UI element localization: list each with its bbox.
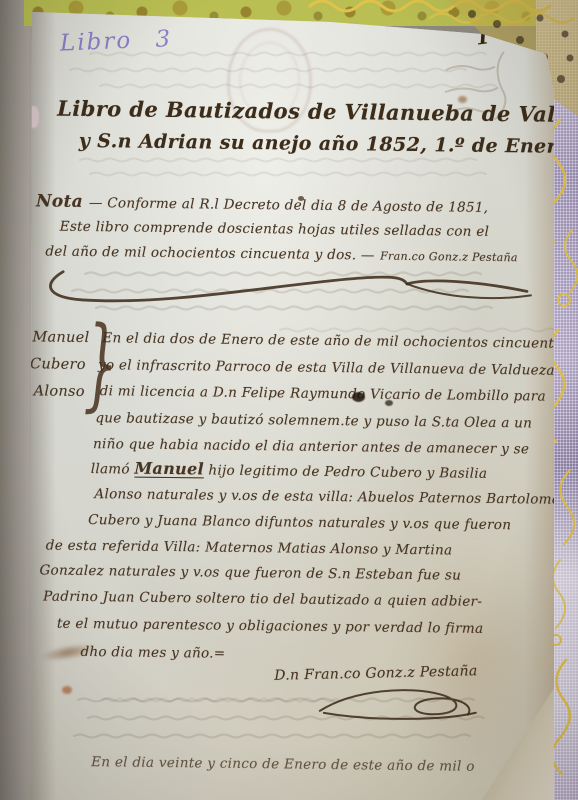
entry-line: que bautizase y bautizó solemnem.te y pu… bbox=[95, 410, 532, 431]
entry-line: te el mutuo parentesco y obligaciones y … bbox=[57, 616, 484, 637]
manuscript-page: Libro 3 1 Libro de Bautizados de Villanu… bbox=[30, 0, 554, 800]
library-mark: Libro 3 bbox=[60, 26, 173, 56]
entry-line: En el dia dos de Enero de este año de mi… bbox=[102, 330, 578, 352]
name-line-suffix: hijo legitimo de Pedro Cubero y Basilia bbox=[204, 462, 488, 481]
ink-blot bbox=[352, 392, 365, 402]
baptized-name: Manuel bbox=[134, 459, 204, 479]
page-title-line2: y S.n Adrian su anejo año 1852, 1.º de E… bbox=[79, 130, 571, 158]
entry-line: yo el infrascrito Parroco de esta Villa … bbox=[98, 357, 555, 379]
entry-line: Cubero y Juana Blanco difuntos naturales… bbox=[88, 512, 511, 533]
entry-line: niño que habia nacido el dia anterior an… bbox=[93, 436, 529, 457]
page-title-line1: Libro de Bautizados de Villanueba de Val… bbox=[57, 96, 578, 128]
page-content: Libro 3 1 Libro de Bautizados de Villanu… bbox=[21, 0, 555, 800]
folio-number: 1 bbox=[475, 26, 491, 50]
entry-line: de esta referida Villa: Maternos Matias … bbox=[46, 537, 453, 558]
priest-signature: D.n Fran.co Gonz.z Pestaña bbox=[274, 663, 478, 684]
ink-blot bbox=[385, 400, 393, 406]
entry-line: Padrino Juan Cubero soltero tio del baut… bbox=[43, 588, 482, 609]
manuscript-photo: Libro 3 1 Libro de Bautizados de Villanu… bbox=[0, 0, 578, 800]
margin-name-surname2: Alonso bbox=[34, 383, 85, 400]
entry-name-line: llamó Manuel hijo legitimo de Pedro Cube… bbox=[91, 458, 488, 482]
name-line-prefix: llamó bbox=[91, 461, 135, 478]
nota-line2: Este libro comprende doscientas hojas ut… bbox=[60, 219, 490, 240]
entry-line: Gonzalez naturales y v.os que fueron de … bbox=[39, 562, 461, 583]
margin-name-first: Manuel bbox=[32, 329, 89, 346]
margin-name-surname1: Cubero bbox=[30, 356, 86, 373]
entry-line: dho dia mes y año.= bbox=[80, 644, 225, 662]
next-entry-opening-line: En el dia veinte y cinco de Enero de est… bbox=[91, 754, 475, 775]
nota-row: Nota— Conforme al R.l Decreto del dia 8 … bbox=[36, 191, 489, 217]
entry-line: Alonso naturales y v.os de esta villa: A… bbox=[94, 486, 560, 508]
signature-rubric bbox=[314, 683, 484, 725]
entry-line: di mi licencia a D.n Felipe Raymundo Vic… bbox=[100, 383, 546, 404]
nota-line1: — Conforme al R.l Decreto del dia 8 de A… bbox=[89, 195, 489, 216]
nota-label: Nota bbox=[36, 191, 83, 212]
